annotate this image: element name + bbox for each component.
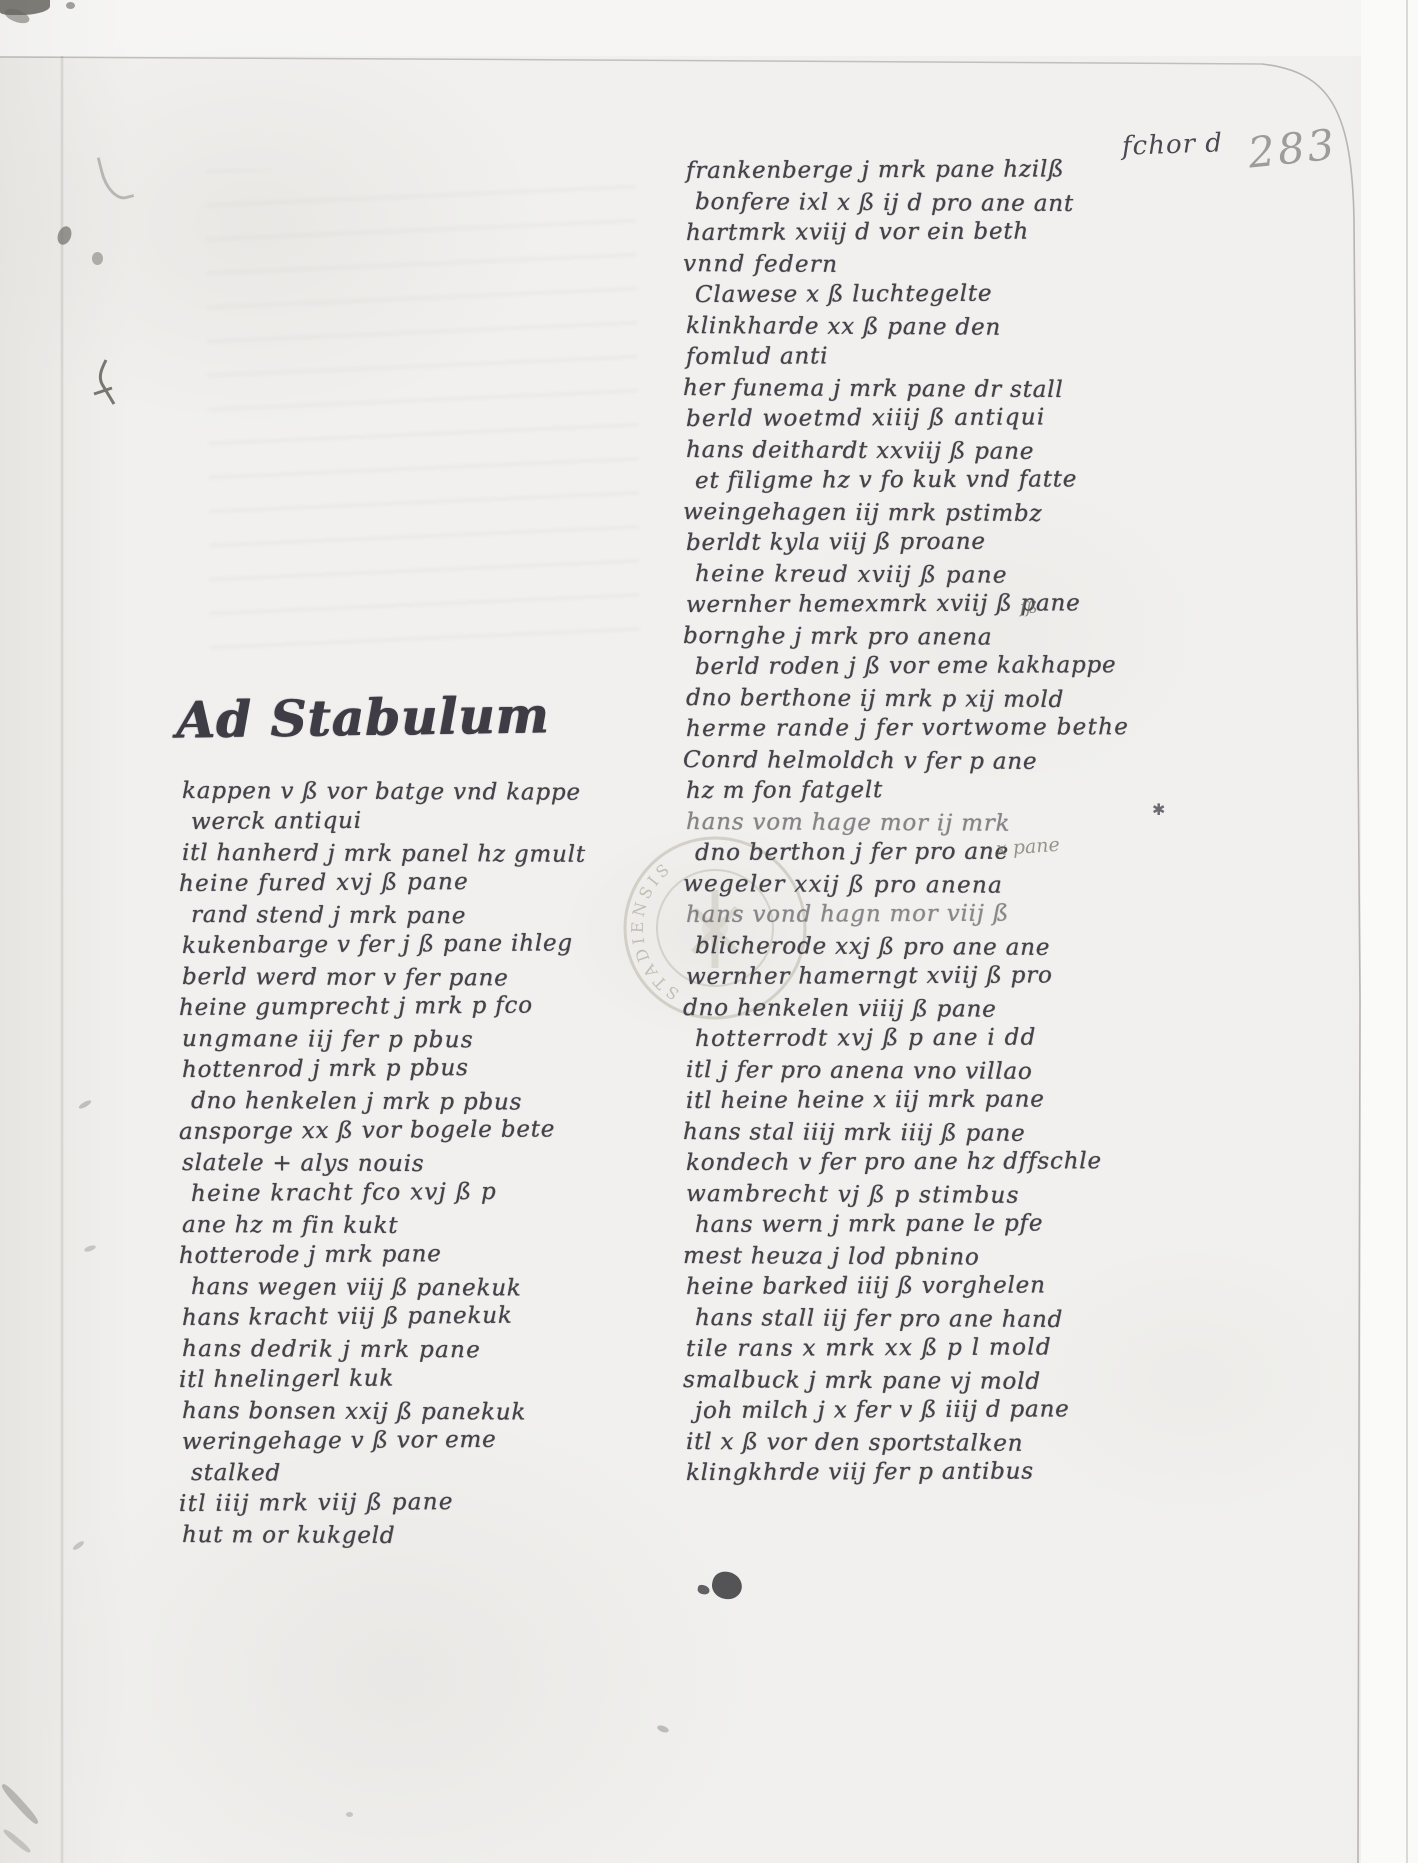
manuscript-line: kondech v fer pro ane hz dffschle (686, 1145, 1271, 1179)
manuscript-line: hz m fon fatgelt (686, 773, 1271, 807)
manuscript-line: wernher hamerngt xviij ß pro (686, 959, 1271, 993)
manuscript-line: hut m or kukgeld (182, 1520, 682, 1553)
manuscript-line: itl heine heine x iij mrk pane (686, 1083, 1271, 1117)
manuscript-line: itl hnelingerl kuk (179, 1361, 682, 1396)
manuscript-line: heine gumprecht j mrk p fco (179, 989, 682, 1024)
manuscript-line: joh milch j x fer v ß iiij d pane (695, 1393, 1271, 1427)
manuscript-line: werck antiqui (191, 804, 682, 838)
manuscript-line: berld roden j ß vor eme kakhappe (695, 649, 1271, 683)
manuscript-line: weringehage v ß vor eme (182, 1424, 682, 1458)
interlinear-correction: ſß (1020, 598, 1038, 618)
manuscript-line: hartmrk xviij d vor ein beth (686, 215, 1271, 249)
manuscript-line: hans wern j mrk pane le pfe (695, 1207, 1271, 1241)
manuscript-line: Clawese x ß luchtegelte (695, 277, 1271, 311)
manuscript-line: heine kracht fco xvj ß p (191, 1176, 682, 1210)
manuscript-line: hans kracht viij ß panekuk (182, 1300, 682, 1334)
manuscript-line: ansporge xx ß vor bogele bete (179, 1113, 682, 1148)
gutter-fold-line (60, 56, 64, 1863)
verso-showthrough (206, 166, 640, 650)
manuscript-scan: STADIENSIS 283 fchor d frankenberge j mr… (0, 0, 1418, 1863)
manuscript-line: wernher hemexmrk xviij ß pane (686, 587, 1271, 621)
manuscript-line: hotterode j mrk pane (179, 1237, 682, 1272)
manuscript-line: tile rans x mrk xx ß p l mold (686, 1331, 1271, 1365)
manuscript-line: heine barked iiij ß vorghelen (686, 1269, 1271, 1303)
manuscript-line: heine fured xvj ß pane (179, 865, 682, 900)
edge-speck (66, 2, 75, 9)
manuscript-line: dno berthon j fer pro ane (695, 835, 1271, 869)
ink-speck (346, 1812, 353, 1817)
manuscript-line: berld woetmd xiiij ß antiqui (686, 401, 1271, 435)
marginal-asterisk-mark: ✱ (1152, 800, 1165, 819)
manuscript-line: hans vond hagn mor viij ß (686, 897, 1271, 931)
manuscript-line: fomlud anti (686, 339, 1271, 373)
left-text-column: kappen v ß vor batge vnd kappewerck anti… (182, 776, 682, 1551)
page-top-edge-strip (0, 0, 1418, 56)
margin-pen-squiggle (92, 358, 118, 410)
manuscript-line: hottenrod j mrk p pbus (182, 1052, 682, 1086)
section-heading: Ad Stabulum (176, 685, 550, 749)
manuscript-line: kukenbarge v fer j ß pane ihleg (182, 928, 682, 962)
manuscript-line: hotterrodt xvj ß p ane i dd (695, 1021, 1271, 1055)
interlinear-correction: x pane (995, 834, 1060, 860)
scanner-background-strip (1361, 0, 1418, 1863)
manuscript-line: berldt kyla viij ß proane (686, 525, 1271, 559)
margin-ink-smudge (92, 252, 103, 265)
manuscript-line: et filigme hz v fo kuk vnd fatte (695, 463, 1271, 497)
right-text-column: frankenberge j mrk pane hzilßbonfere ixl… (686, 156, 1271, 1489)
manuscript-line: herme rande j fer vortwome bethe (686, 711, 1271, 745)
manuscript-line: klingkhrde viij fer p antibus (686, 1455, 1271, 1489)
manuscript-line: frankenberge j mrk pane hzilß (686, 153, 1271, 187)
manuscript-line: itl iiij mrk viij ß pane (179, 1485, 682, 1520)
